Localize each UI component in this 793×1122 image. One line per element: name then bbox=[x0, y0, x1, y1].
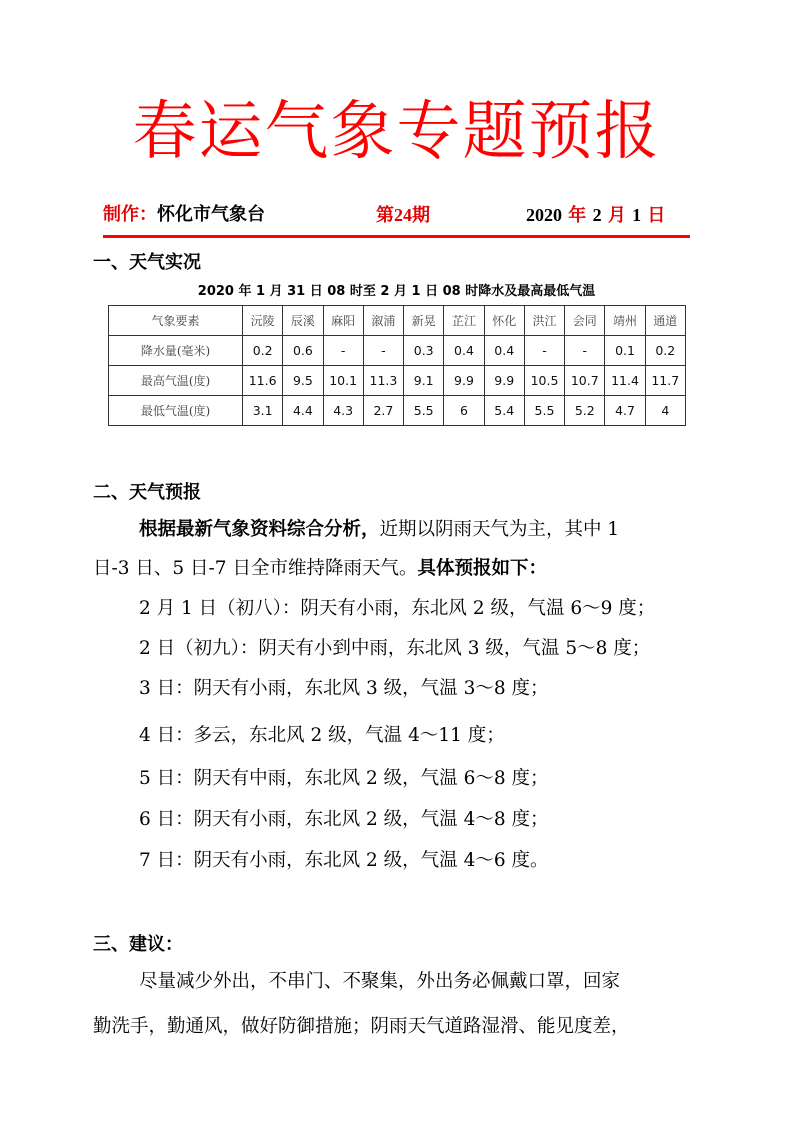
table-cell: 5.4 bbox=[484, 396, 524, 426]
table-row-max-temp: 最高气温(度) 11.6 9.5 10.1 11.3 9.1 9.9 9.9 1… bbox=[109, 366, 686, 396]
table-row-precipitation: 降水量(毫米) 0.2 0.6 - - 0.3 0.4 0.4 - - 0.1 … bbox=[109, 336, 686, 366]
table-header-row: 气象要素 沅陵 辰溪 麻阳 溆浦 新晃 芷江 怀化 洪江 会同 靖州 通道 bbox=[109, 306, 686, 336]
table-cell: 10.5 bbox=[524, 366, 564, 396]
forecast-day: 4 日：多云，东北风 2 级，气温 4～11 度； bbox=[139, 724, 505, 748]
table-cell: 0.1 bbox=[605, 336, 645, 366]
table-cell: 0.2 bbox=[645, 336, 685, 366]
table-cell: - bbox=[565, 336, 605, 366]
station-header: 辰溪 bbox=[283, 306, 323, 336]
date-year-unit: 年 bbox=[568, 205, 586, 226]
table-cell: 5.2 bbox=[565, 396, 605, 426]
forecast-intro-line1: 根据最新气象资料综合分析，近期以阴雨天气为主，其中 1 bbox=[139, 518, 619, 542]
producer-label: 制作： bbox=[103, 204, 157, 225]
forecast-day: 7 日：阴天有小雨，东北风 2 级，气温 4～6 度。 bbox=[139, 849, 549, 873]
station-header: 沅陵 bbox=[243, 306, 283, 336]
table-row-min-temp: 最低气温(度) 3.1 4.4 4.3 2.7 5.5 6 5.4 5.5 5.… bbox=[109, 396, 686, 426]
document-title: 春运气象专题预报 bbox=[0, 92, 793, 172]
table-cell: 9.5 bbox=[283, 366, 323, 396]
station-header: 通道 bbox=[645, 306, 685, 336]
table-cell: 11.6 bbox=[243, 366, 283, 396]
table-cell: 9.1 bbox=[404, 366, 444, 396]
table-cell: 4.4 bbox=[283, 396, 323, 426]
forecast-day: 6 日：阴天有小雨，东北风 2 级，气温 4～8 度； bbox=[139, 808, 549, 832]
intro-bold-end: 具体预报如下： bbox=[417, 558, 547, 579]
intro-bold: 根据最新气象资料综合分析， bbox=[139, 519, 380, 540]
station-header: 洪江 bbox=[524, 306, 564, 336]
issue-number: 第24期 bbox=[376, 203, 430, 228]
table-cell: 6 bbox=[444, 396, 484, 426]
table-cell: 9.9 bbox=[484, 366, 524, 396]
table-cell: 5.5 bbox=[524, 396, 564, 426]
table-cell: 0.4 bbox=[444, 336, 484, 366]
issue-prefix: 第 bbox=[376, 205, 394, 226]
table-cell: 0.2 bbox=[243, 336, 283, 366]
table-cell: 11.3 bbox=[363, 366, 403, 396]
table-cell: - bbox=[524, 336, 564, 366]
section1-heading: 一、天气实况 bbox=[93, 251, 201, 275]
date-month: 2 bbox=[593, 205, 602, 225]
row-label: 降水量(毫米) bbox=[109, 336, 243, 366]
table-cell: 10.7 bbox=[565, 366, 605, 396]
producer-line: 制作：怀化市气象台 bbox=[103, 203, 265, 227]
station-header: 靖州 bbox=[605, 306, 645, 336]
section2-heading: 二、天气预报 bbox=[93, 481, 201, 505]
date-day-unit: 日 bbox=[647, 205, 665, 226]
forecast-intro-line2: 日-3 日、5 日-7 日全市维持降雨天气。具体预报如下： bbox=[93, 557, 547, 581]
table-cell: 4.7 bbox=[605, 396, 645, 426]
issue-suffix: 期 bbox=[412, 205, 430, 226]
table-cell: 11.4 bbox=[605, 366, 645, 396]
advice-line2: 勤洗手，勤通风，做好防御措施；阴雨天气道路湿滑、能见度差， bbox=[93, 1015, 630, 1039]
forecast-day: 2 日（初九）：阴天有小到中雨，东北风 3 级，气温 5～8 度； bbox=[139, 637, 650, 661]
table-cell: 2.7 bbox=[363, 396, 403, 426]
station-header: 溆浦 bbox=[363, 306, 403, 336]
row-label: 最低气温(度) bbox=[109, 396, 243, 426]
forecast-day: 2 月 1 日（初八）：阴天有小雨，东北风 2 级，气温 6～9 度； bbox=[139, 597, 655, 621]
table-cell: 5.5 bbox=[404, 396, 444, 426]
table-cell: - bbox=[363, 336, 403, 366]
intro-line2: 日-3 日、5 日-7 日全市维持降雨天气。 bbox=[93, 558, 417, 579]
section3-heading: 三、建议： bbox=[93, 933, 183, 957]
table-cell: - bbox=[323, 336, 363, 366]
observation-table: 气象要素 沅陵 辰溪 麻阳 溆浦 新晃 芷江 怀化 洪江 会同 靖州 通道 降水… bbox=[108, 305, 686, 426]
table-cell: 9.9 bbox=[444, 366, 484, 396]
issue-date: 2020 年 2 月 1 日 bbox=[526, 203, 665, 228]
table-cell: 0.3 bbox=[404, 336, 444, 366]
forecast-day: 3 日：阴天有小雨，东北风 3 级，气温 3～8 度； bbox=[139, 677, 549, 701]
date-year: 2020 bbox=[526, 205, 562, 225]
advice-line1: 尽量减少外出，不串门、不聚集，外出务必佩戴口罩，回家 bbox=[139, 970, 620, 994]
station-header: 新晃 bbox=[404, 306, 444, 336]
intro-rest: 近期以阴雨天气为主，其中 1 bbox=[380, 519, 620, 540]
forecast-day: 5 日：阴天有中雨，东北风 2 级，气温 6～8 度； bbox=[139, 767, 549, 791]
table-cell: 0.6 bbox=[283, 336, 323, 366]
table-cell: 0.4 bbox=[484, 336, 524, 366]
station-header: 麻阳 bbox=[323, 306, 363, 336]
table-cell: 3.1 bbox=[243, 396, 283, 426]
date-month-unit: 月 bbox=[608, 205, 626, 226]
issue-value: 24 bbox=[394, 205, 412, 225]
date-day: 1 bbox=[632, 205, 641, 225]
header-divider bbox=[103, 235, 690, 238]
row-label: 最高气温(度) bbox=[109, 366, 243, 396]
table-cell: 4.3 bbox=[323, 396, 363, 426]
table-cell: 4 bbox=[645, 396, 685, 426]
header-cell: 气象要素 bbox=[109, 306, 243, 336]
station-header: 芷江 bbox=[444, 306, 484, 336]
table-cell: 10.1 bbox=[323, 366, 363, 396]
station-header: 会同 bbox=[565, 306, 605, 336]
table-cell: 11.7 bbox=[645, 366, 685, 396]
station-header: 怀化 bbox=[484, 306, 524, 336]
table-caption: 2020 年 1 月 31 日 08 时至 2 月 1 日 08 时降水及最高最… bbox=[0, 283, 793, 301]
producer-name: 怀化市气象台 bbox=[157, 204, 265, 225]
